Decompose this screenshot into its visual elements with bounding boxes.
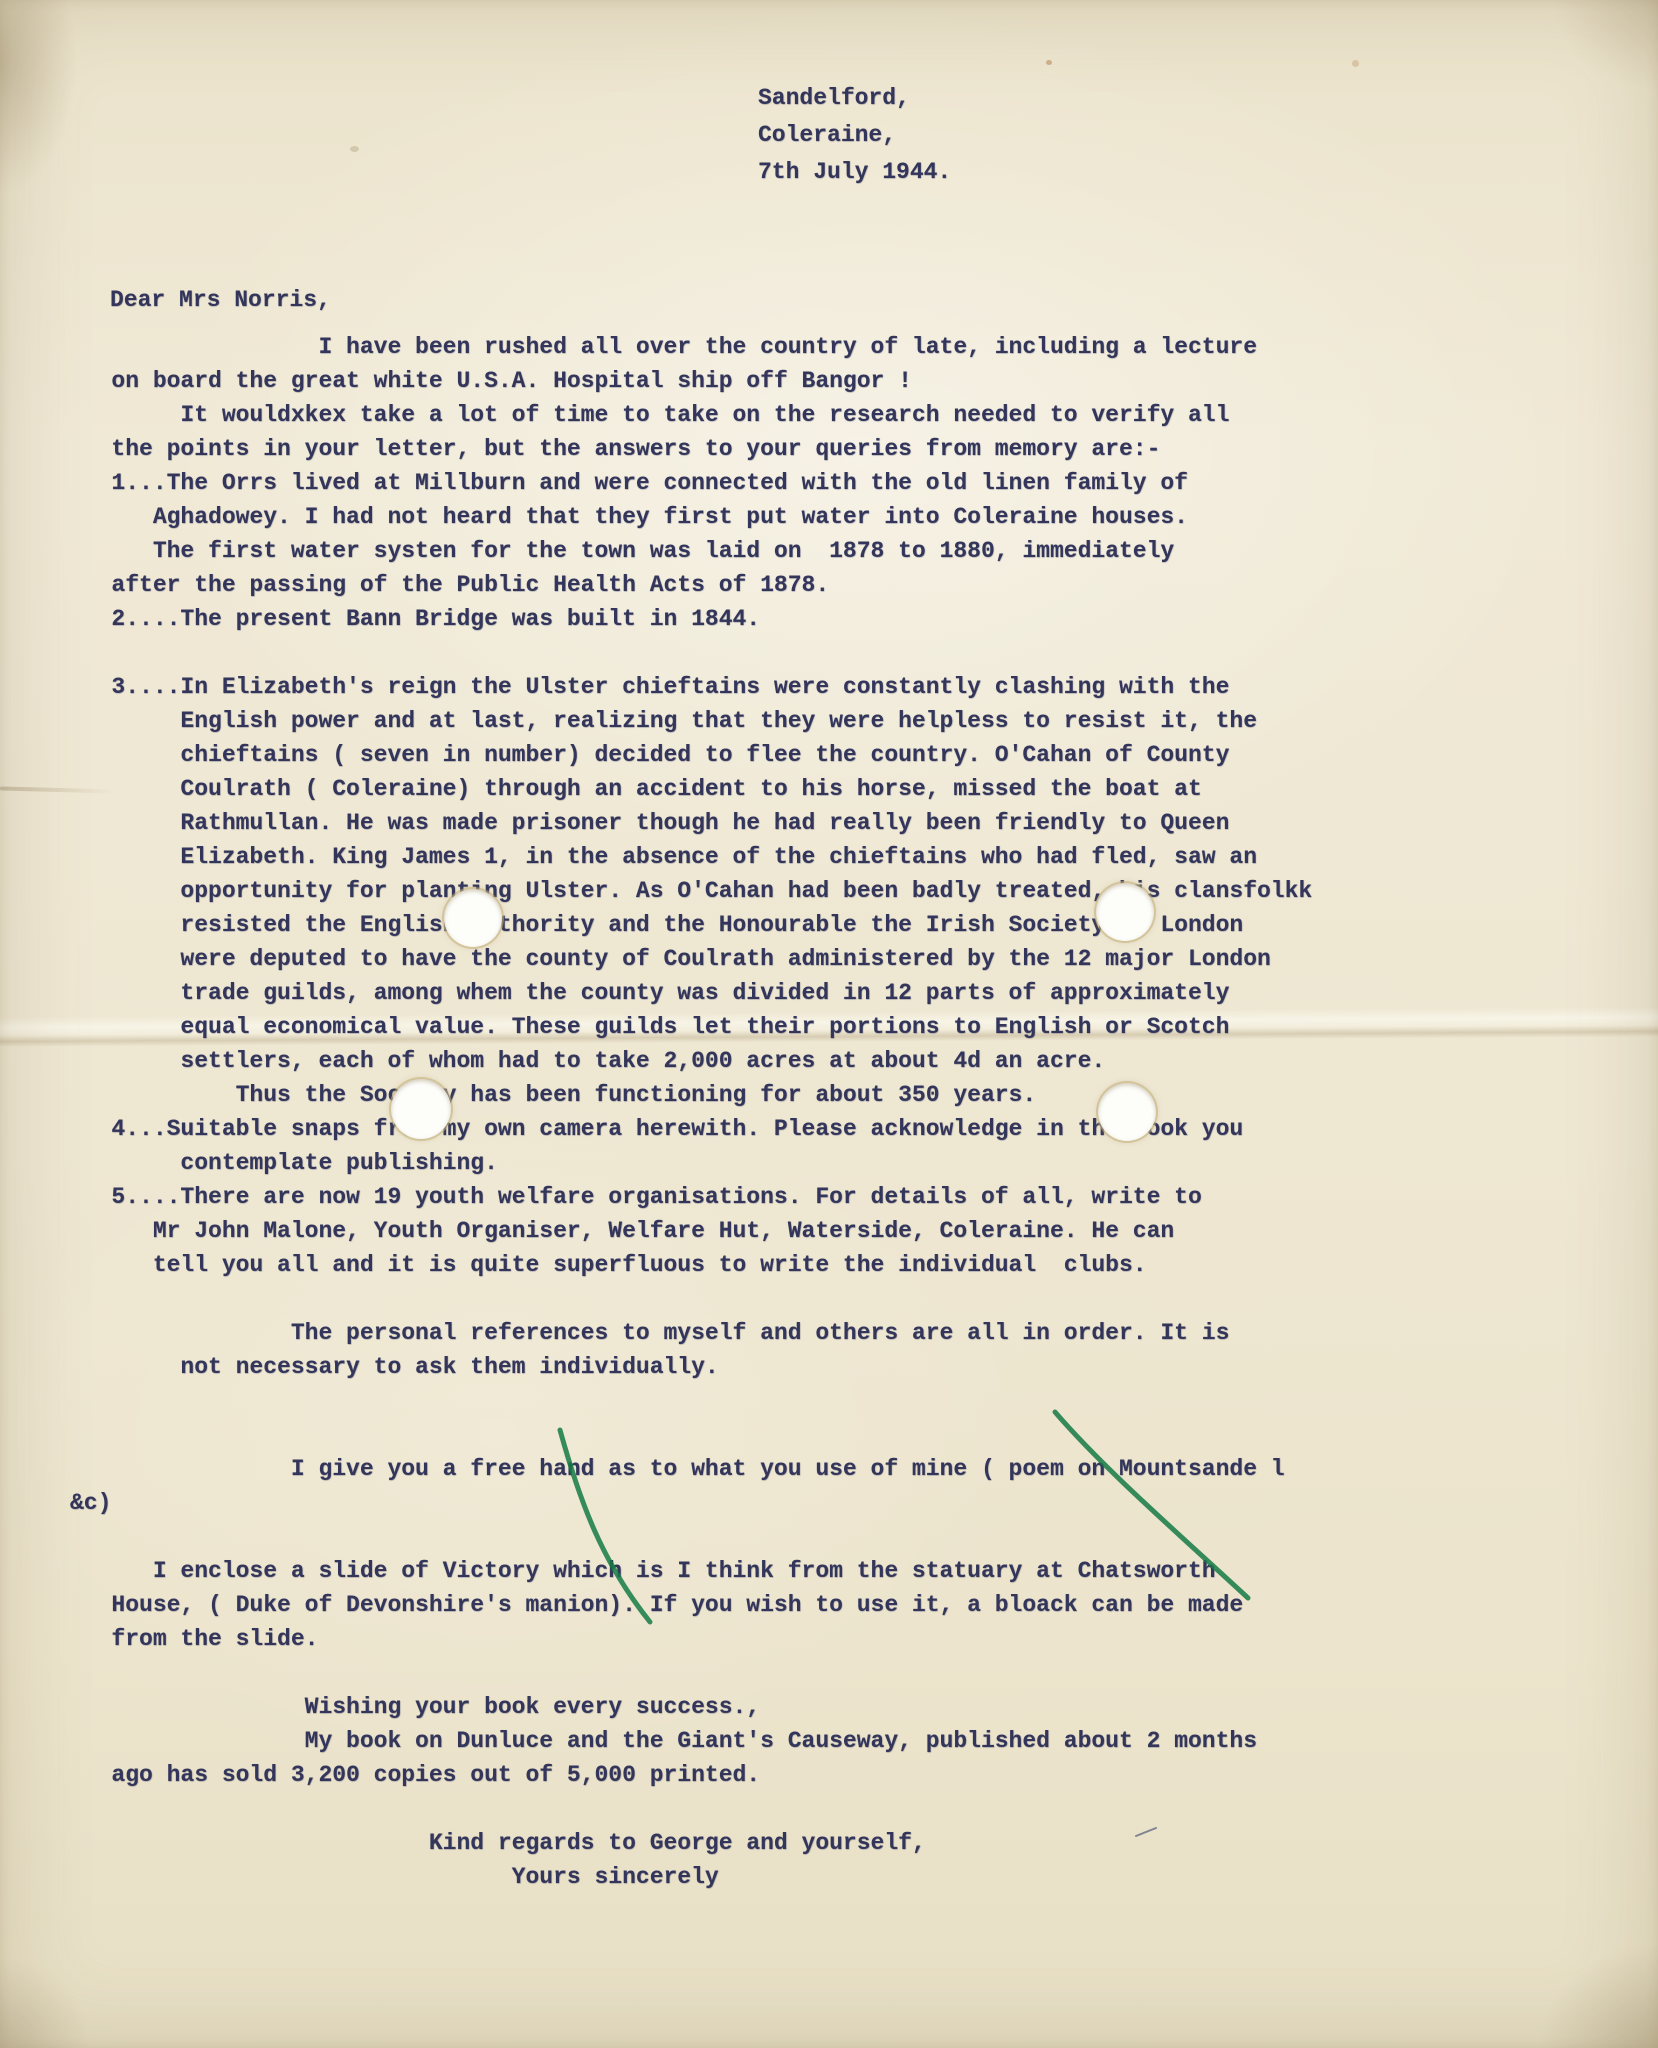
- letter-line: were deputed to have the county of Coulr…: [70, 942, 1312, 976]
- letter-line: It wouldxkex take a lot of time to take …: [70, 398, 1312, 432]
- letter-line: House, ( Duke of Devonshire's manion). I…: [70, 1588, 1312, 1622]
- letter-line: from the slide.: [70, 1622, 1312, 1656]
- salutation: Dear Mrs Norris,: [110, 283, 331, 317]
- letter-line: Wishing your book every success.,: [70, 1690, 1312, 1724]
- letter-line: &c): [70, 1486, 1312, 1520]
- letter-line: after the passing of the Public Health A…: [70, 568, 1312, 602]
- paper-speck: [1352, 60, 1359, 67]
- letter-line: [70, 1282, 1312, 1316]
- letter-line: 4...Suitable snaps from my own camera he…: [70, 1112, 1312, 1146]
- letter-line: Kind regards to George and yourself,: [70, 1826, 1312, 1860]
- letter-line: I give you a free hand as to what you us…: [70, 1452, 1312, 1486]
- letter-line: on board the great white U.S.A. Hospital…: [70, 364, 1312, 398]
- letter-line: Elizabeth. King James 1, in the absence …: [70, 840, 1312, 874]
- letter-line: Coulrath ( Coleraine) through an acciden…: [70, 772, 1312, 806]
- letter-line: resisted the English authority and the H…: [70, 908, 1312, 942]
- letter-line: settlers, each of whom had to take 2,000…: [70, 1044, 1312, 1078]
- letter-line: [70, 1418, 1312, 1452]
- letter-line: Yours sincerely: [70, 1860, 1312, 1894]
- letter-line: contemplate publishing.: [70, 1146, 1312, 1180]
- letter-line: I enclose a slide of Victory which is I …: [70, 1554, 1312, 1588]
- letter-line: 5....There are now 19 youth welfare orga…: [70, 1180, 1312, 1214]
- letter-body: I have been rushed all over the country …: [70, 330, 1312, 1894]
- letter-line: [70, 1384, 1312, 1418]
- letter-line: [70, 1656, 1312, 1690]
- scanned-letter-page: Sandelford, Coleraine, 7th July 1944. De…: [0, 0, 1658, 2048]
- letter-line: English power and at last, realizing tha…: [70, 704, 1312, 738]
- letter-line: 3....In Elizabeth's reign the Ulster chi…: [70, 670, 1312, 704]
- letter-line: [70, 1792, 1312, 1826]
- letterhead-line: 7th July 1944.: [758, 154, 951, 191]
- letter-line: [70, 636, 1312, 670]
- letterhead-line: Coleraine,: [758, 117, 951, 154]
- letter-line: chieftains ( seven in number) decided to…: [70, 738, 1312, 772]
- letter-line: My book on Dunluce and the Giant's Cause…: [70, 1724, 1312, 1758]
- letter-line: Thus the Society has been functioning fo…: [70, 1078, 1312, 1112]
- letter-line: tell you all and it is quite superfluous…: [70, 1248, 1312, 1282]
- letter-line: opportunity for planting Ulster. As O'Ca…: [70, 874, 1312, 908]
- letter-line: ago has sold 3,200 copies out of 5,000 p…: [70, 1758, 1312, 1792]
- letter-line: Mr John Malone, Youth Organiser, Welfare…: [70, 1214, 1312, 1248]
- letterhead-line: Sandelford,: [758, 80, 951, 117]
- letter-line: not necessary to ask them individually.: [70, 1350, 1312, 1384]
- letter-line: [70, 1520, 1312, 1554]
- letterhead: Sandelford, Coleraine, 7th July 1944.: [758, 80, 951, 191]
- letter-line: equal economical value. These guilds let…: [70, 1010, 1312, 1044]
- letter-line: The first water systen for the town was …: [70, 534, 1312, 568]
- letter-line: trade guilds, among whem the county was …: [70, 976, 1312, 1010]
- letter-line: the points in your letter, but the answe…: [70, 432, 1312, 466]
- letter-line: The personal references to myself and ot…: [70, 1316, 1312, 1350]
- paper-speck: [1046, 60, 1052, 65]
- letter-line: Rathmullan. He was made prisoner though …: [70, 806, 1312, 840]
- letter-line: 2....The present Bann Bridge was built i…: [70, 602, 1312, 636]
- letter-line: Aghadowey. I had not heard that they fir…: [70, 500, 1312, 534]
- paper-speck: [350, 146, 359, 152]
- letter-line: 1...The Orrs lived at Millburn and were …: [70, 466, 1312, 500]
- letter-line: I have been rushed all over the country …: [70, 330, 1312, 364]
